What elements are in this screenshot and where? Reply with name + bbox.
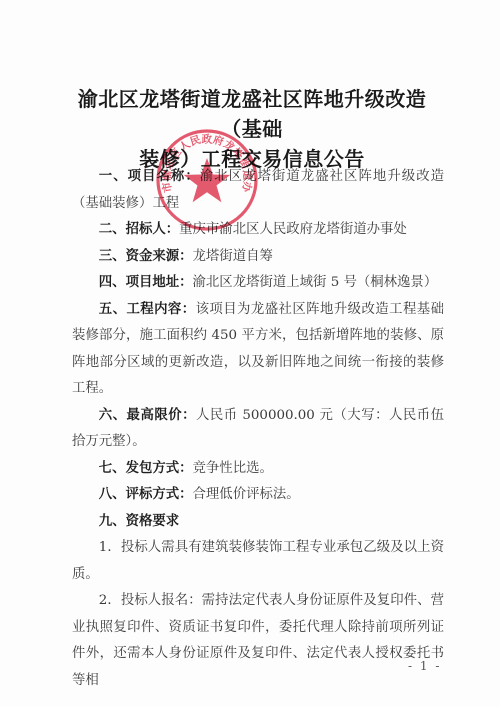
- section-label: 八、评标方式：: [99, 487, 193, 502]
- section-text: 渝北区龙塔街道上域街 5 号（桐林逸景）: [193, 275, 438, 290]
- page-number: - 1 -: [408, 659, 441, 673]
- section-funding-source: 三、资金来源：龙塔街道自筹: [72, 244, 444, 271]
- section-text: 龙塔街道自筹: [193, 249, 273, 264]
- section-project-address: 四、项目地址：渝北区龙塔街道上域街 5 号（桐林逸景）: [72, 270, 444, 297]
- document-title: 渝北区龙塔街道龙盛社区阵地升级改造（基础 装修）工程交易信息公告: [60, 84, 444, 174]
- section-max-price: 六、最高限价：人民币 500000.00 元（大写：人民币伍拾万元整）。: [72, 403, 444, 456]
- section-project-name: 一、项目名称：渝北区龙塔街道龙盛社区阵地升级改造（基础装修）工程: [72, 164, 444, 217]
- section-text: 竞争性比选。: [193, 461, 273, 476]
- section-label: 六、最高限价：: [99, 408, 196, 423]
- section-label: 三、资金来源：: [99, 249, 193, 264]
- requirement-item: 2．投标人报名：需持法定代表人身份证原件及复印件、营业执照复印件、资质证书复印件…: [72, 588, 444, 694]
- section-label: 九、资格要求: [99, 514, 179, 529]
- section-text: 合理低价评标法。: [193, 487, 300, 502]
- section-label: 七、发包方式：: [99, 461, 193, 476]
- section-qualification-heading: 九、资格要求: [72, 509, 444, 536]
- section-contract-method: 七、发包方式：竞争性比选。: [72, 456, 444, 483]
- requirement-item: 1．投标人需具有建筑装修装饰工程专业承包乙级及以上资质。: [72, 535, 444, 588]
- section-label: 二、招标人：: [99, 222, 179, 237]
- section-text: 重庆市渝北区人民政府龙塔街道办事处: [179, 222, 407, 237]
- section-label: 四、项目地址：: [99, 275, 193, 290]
- document-page: 渝北区龙塔街道龙盛社区阵地升级改造（基础 装修）工程交易信息公告 一、项目名称：…: [0, 0, 500, 707]
- section-label: 五、工程内容：: [99, 302, 196, 317]
- section-work-content: 五、工程内容：该项目为龙盛社区阵地升级改造工程基础装修部分，施工面积约 450 …: [72, 297, 444, 403]
- document-body: 一、项目名称：渝北区龙塔街道龙盛社区阵地升级改造（基础装修）工程 二、招标人：重…: [72, 164, 444, 694]
- section-evaluation-method: 八、评标方式：合理低价评标法。: [72, 482, 444, 509]
- title-line-1: 渝北区龙塔街道龙盛社区阵地升级改造（基础: [60, 84, 444, 144]
- section-tenderer: 二、招标人：重庆市渝北区人民政府龙塔街道办事处: [72, 217, 444, 244]
- section-label: 一、项目名称：: [99, 169, 200, 184]
